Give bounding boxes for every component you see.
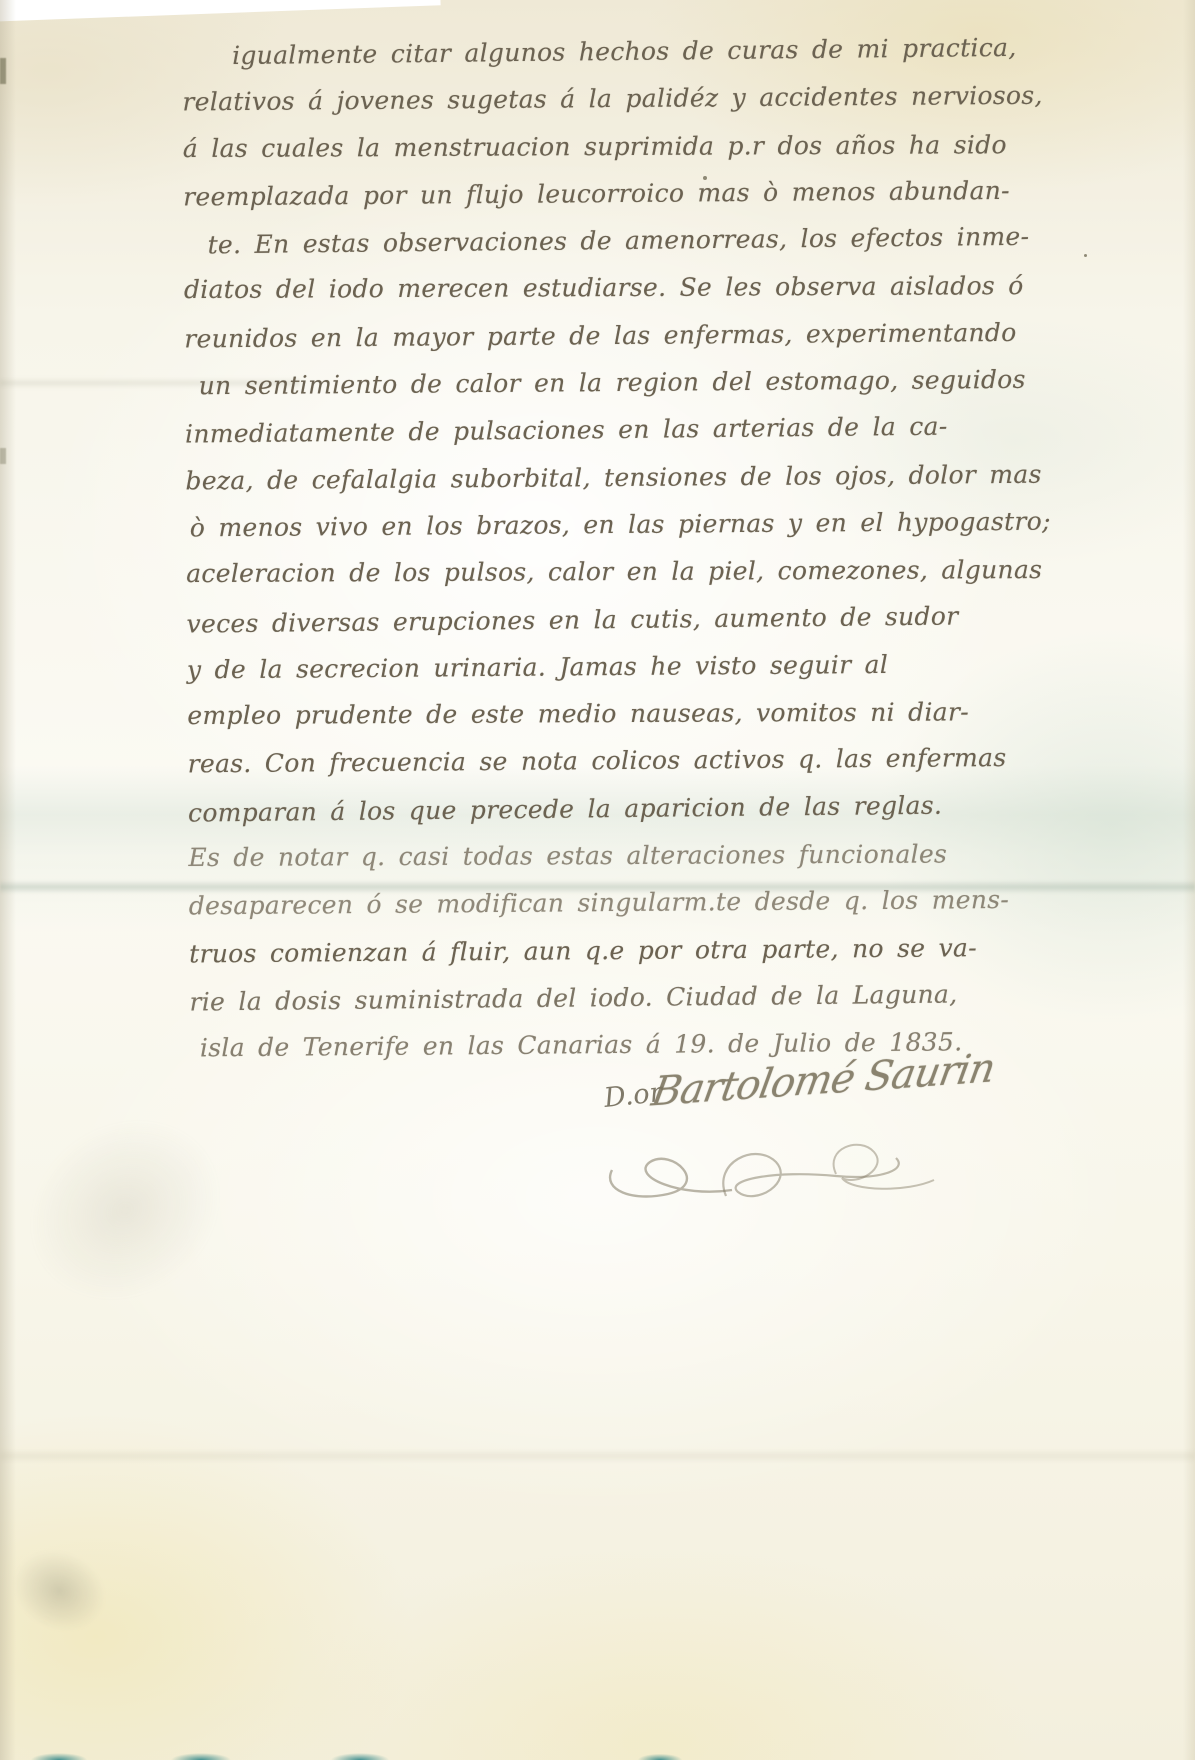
manuscript-line: desaparecen ó se modifican singularm.te … (189, 876, 1057, 930)
bottom-edge-mark (166, 1751, 236, 1760)
manuscript-line: empleo prudente de este medio nauseas, v… (187, 688, 1055, 739)
manuscript-line: veces diversas erupciones en la cutis, a… (186, 591, 1054, 647)
ink-speck (1084, 254, 1087, 257)
signature-rubric-flourish (598, 1118, 948, 1218)
manuscript-line: aceleracion de los pulsos, calor en la p… (186, 546, 1054, 597)
manuscript-line: ò menos vivo en los brazos, en las piern… (190, 498, 1054, 552)
manuscript-line: beza, de cefalalgia suborbital, tensione… (185, 450, 1053, 504)
scan-edge-mark (0, 58, 6, 84)
manuscript-text: igualmente citar algunos hechos de curas… (182, 25, 1058, 1072)
bottom-edge-mark (326, 1751, 394, 1760)
manuscript-line: reunidos en la mayor parte de las enferm… (184, 308, 1052, 362)
ink-speck (586, 712, 589, 715)
manuscript-line: reemplazada por un flujo leucorroico mas… (183, 166, 1051, 220)
manuscript-line: á las cuales la menstruacion suprimida p… (183, 121, 1051, 172)
manuscript-line: truos comienzan á fluir, aun q.e por otr… (189, 923, 1057, 977)
manuscript-line: comparan á los que precede la aparicion … (188, 780, 1056, 836)
manuscript-line: relativos á jovenes sugetas á la palidéz… (182, 72, 1050, 126)
ink-speck (703, 176, 707, 180)
manuscript-line: inmediatamente de pulsaciones en las art… (185, 402, 1053, 458)
manuscript-line: te. En estas observaciones de amenorreas… (207, 213, 1051, 269)
bottom-edge-mark (26, 1751, 92, 1760)
manuscript-line: rie la dosis suministrada del iodo. Ciud… (189, 969, 1057, 1025)
manuscript-line: Es de notar q. casi todas estas alteraci… (188, 830, 1056, 881)
bottom-edge-mark (634, 1752, 686, 1760)
scan-edge-mark (0, 448, 6, 464)
manuscript-line: igualmente citar algunos hechos de curas… (182, 23, 1050, 79)
manuscript-line: un sentimiento de calor en la region del… (199, 356, 1053, 410)
paper-crease (0, 1450, 1195, 1462)
manuscript-line: reas. Con frecuencia se nota colicos act… (187, 734, 1055, 788)
manuscript-line: y de la secrecion urinaria. Jamas he vis… (187, 639, 1055, 693)
manuscript-line: diatos del iodo merecen estudiarse. Se l… (184, 262, 1052, 313)
scanned-document-page: igualmente citar algunos hechos de curas… (0, 0, 1195, 1760)
